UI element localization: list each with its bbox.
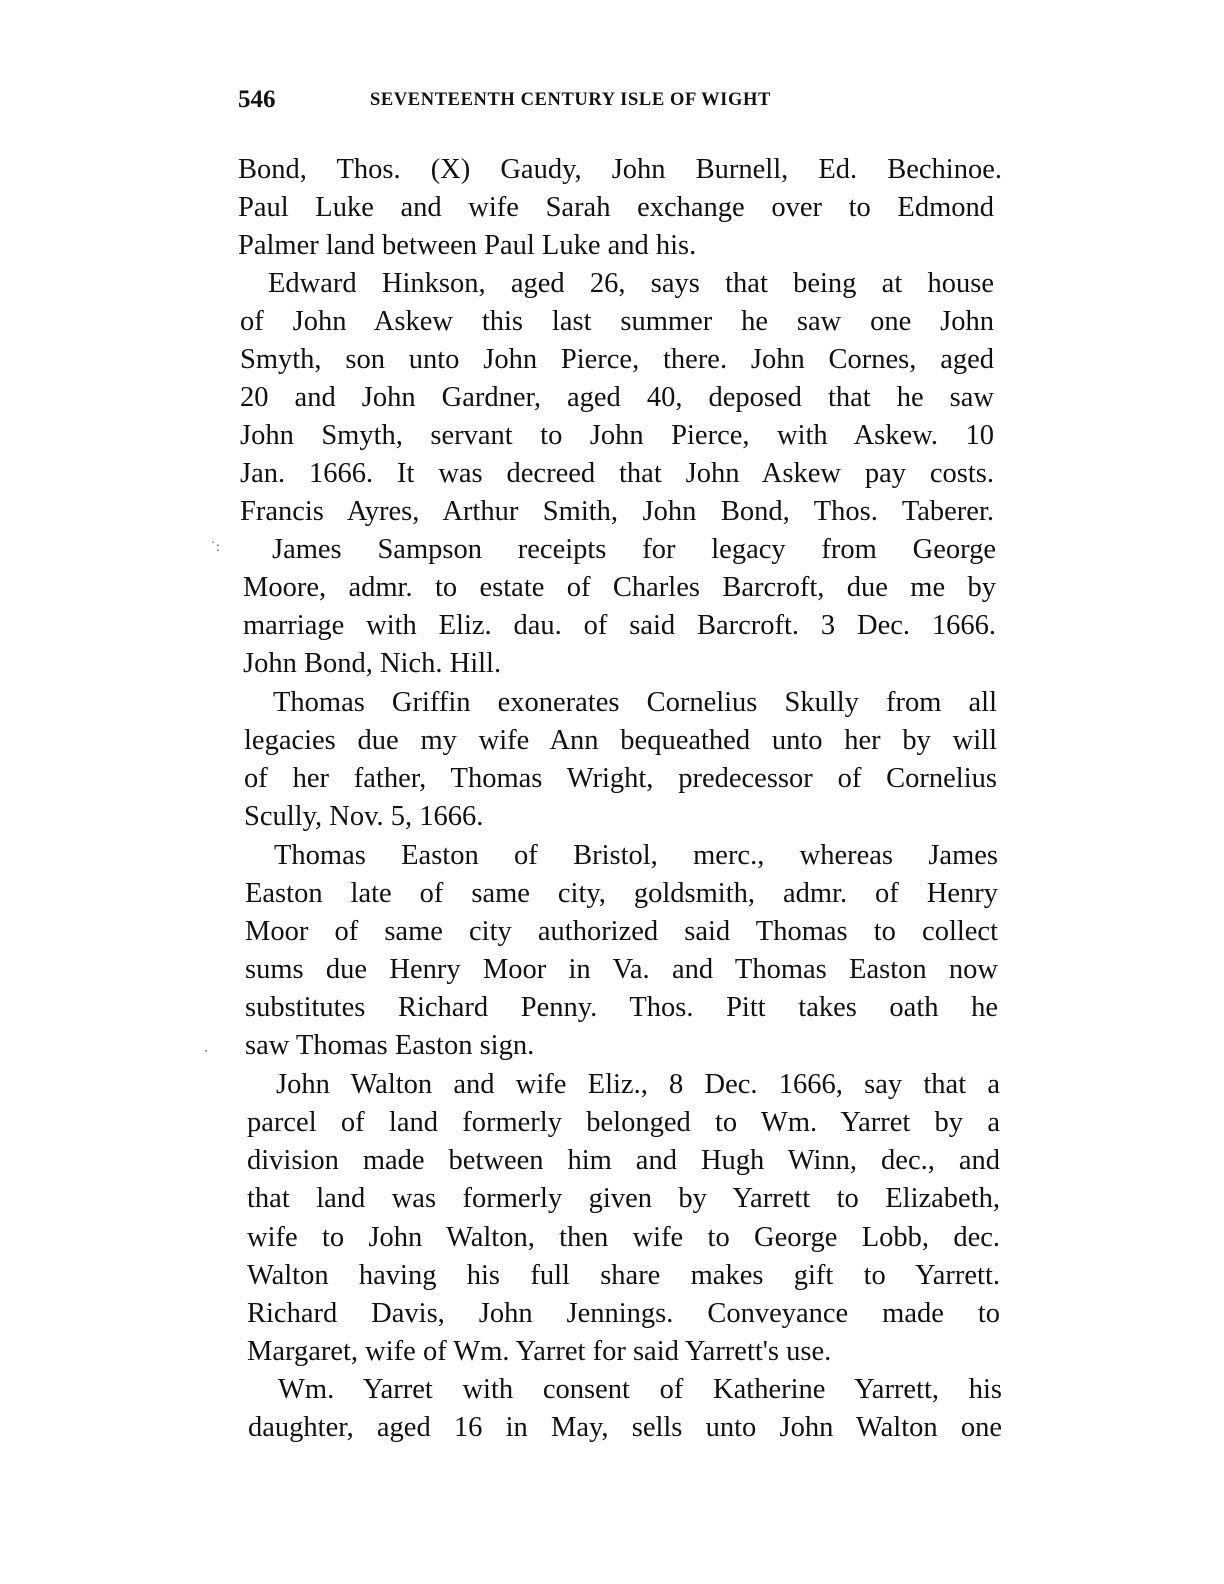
text-line: John Bond, Nich. Hill. [243, 645, 996, 683]
text-line: that land was formerly given by Yarrett … [247, 1180, 1000, 1218]
running-title: SEVENTEENTH CENTURY ISLE OF WIGHT [370, 90, 771, 111]
text-line: parcel of land formerly belonged to Wm. … [247, 1104, 1000, 1142]
text-line: division made between him and Hugh Winn,… [247, 1142, 1000, 1180]
text-line: John Walton and wife Eliz., 8 Dec. 1666,… [276, 1066, 1000, 1104]
text-line: legacies due my wife Ann bequeathed unto… [244, 722, 997, 760]
text-line: Moore, admr. to estate of Charles Barcro… [243, 569, 996, 607]
margin-mark: ˙: [210, 540, 220, 554]
text-line: daughter, aged 16 in May, sells unto Joh… [248, 1409, 1002, 1447]
text-line: substitutes Richard Penny. Thos. Pitt ta… [245, 989, 998, 1027]
margin-mark: · [204, 1044, 208, 1058]
text-line: Paul Luke and wife Sarah exchange over t… [238, 189, 994, 227]
text-line: James Sampson receipts for legacy from G… [272, 531, 996, 569]
text-line: Scully, Nov. 5, 1666. [244, 798, 997, 836]
text-line: of John Askew this last summer he saw on… [240, 303, 994, 341]
text-line: Richard Davis, John Jennings. Conveyance… [247, 1295, 1000, 1333]
text-line: sums due Henry Moor in Va. and Thomas Ea… [245, 951, 998, 989]
text-line: Wm. Yarret with consent of Katherine Yar… [278, 1371, 1002, 1409]
text-line: saw Thomas Easton sign. [245, 1027, 998, 1065]
text-line: marriage with Eliz. dau. of said Barcrof… [243, 607, 996, 645]
text-line: 20 and John Gardner, aged 40, deposed th… [240, 379, 994, 417]
page-number: 546 [238, 86, 276, 114]
text-line: Margaret, wife of Wm. Yarret for said Ya… [247, 1333, 1000, 1371]
book-page: 546 SEVENTEENTH CENTURY ISLE OF WIGHT Bo… [0, 0, 1224, 1584]
text-line: Walton having his full share makes gift … [247, 1257, 1000, 1295]
text-line: Jan. 1666. It was decreed that John Aske… [240, 455, 994, 493]
text-line: Moor of same city authorized said Thomas… [245, 913, 998, 951]
text-line: Easton late of same city, goldsmith, adm… [245, 875, 998, 913]
text-line: of her father, Thomas Wright, predecesso… [244, 760, 997, 798]
text-line: Thomas Griffin exonerates Cornelius Skul… [273, 684, 997, 722]
text-line: Francis Ayres, Arthur Smith, John Bond, … [240, 493, 994, 531]
text-line: wife to John Walton, then wife to George… [247, 1219, 1000, 1257]
text-line: Smyth, son unto John Pierce, there. John… [240, 341, 994, 379]
text-line: Edward Hinkson, aged 26, says that being… [268, 265, 994, 303]
text-line: Palmer land between Paul Luke and his. [238, 227, 994, 265]
text-line: John Smyth, servant to John Pierce, with… [240, 417, 994, 455]
text-line: Bond, Thos. (X) Gaudy, John Burnell, Ed.… [238, 151, 1002, 189]
text-line: Thomas Easton of Bristol, merc., whereas… [274, 837, 998, 875]
